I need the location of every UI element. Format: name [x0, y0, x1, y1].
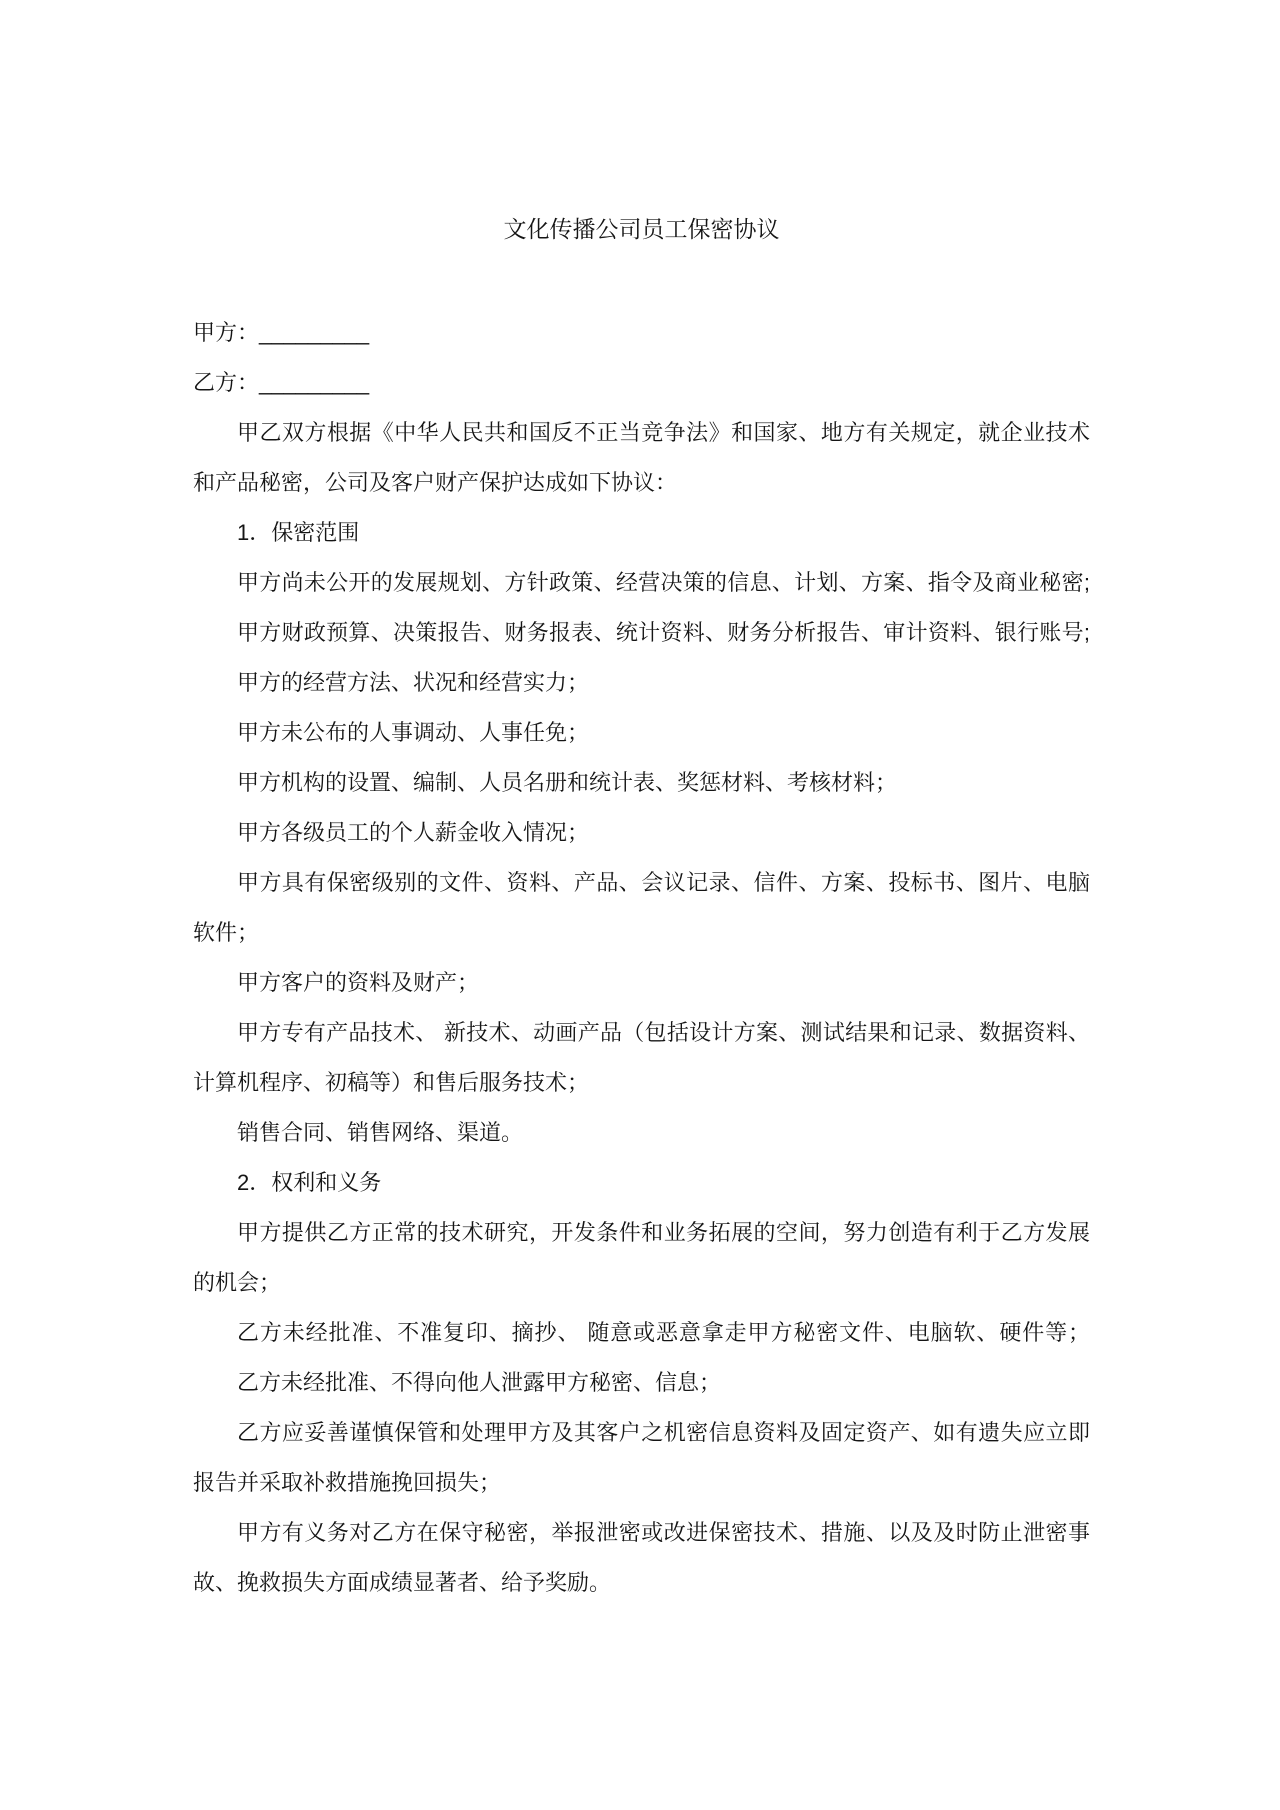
- document-line: 甲方财政预算、决策报告、财务报表、统计资料、财务分析报告、审计资料、银行账号;: [193, 608, 1090, 658]
- document-line: 甲方有义务对乙方在保守秘密，举报泄密或改进保密技术、措施、以及及时防止泄密事: [193, 1508, 1090, 1558]
- party-a-label: 甲方：: [193, 320, 259, 345]
- document-body: 甲乙双方根据《中华人民共和国反不正当竞争法》和国家、地方有关规定，就企业技术和产…: [193, 408, 1090, 1608]
- document-line: 乙方未经批准、不准复印、摘抄、 随意或恶意拿走甲方秘密文件、电脑软、硬件等；: [193, 1308, 1090, 1358]
- document-page: 文化传播公司员工保密协议 甲方：_________ 乙方：_________ 甲…: [0, 0, 1280, 1608]
- party-b-label: 乙方：: [193, 370, 259, 395]
- document-line: 故、挽救损失方面成绩显著者、给予奖励。: [193, 1558, 1090, 1608]
- document-line: 乙方应妥善谨慎保管和处理甲方及其客户之机密信息资料及固定资产、如有遗失应立即: [193, 1408, 1090, 1458]
- document-line: 计算机程序、初稿等）和售后服务技术；: [193, 1058, 1090, 1108]
- party-a-blank: _________: [259, 320, 369, 345]
- document-line: 甲方各级员工的个人薪金收入情况；: [193, 808, 1090, 858]
- document-title: 文化传播公司员工保密协议: [193, 204, 1090, 254]
- party-b-line: 乙方：_________: [193, 358, 1090, 408]
- document-line: 和产品秘密，公司及客户财产保护达成如下协议：: [193, 458, 1090, 508]
- document-line: 甲方未公布的人事调动、人事任免；: [193, 708, 1090, 758]
- document-line: 甲方尚未公开的发展规划、方针政策、经营决策的信息、计划、方案、指令及商业秘密;: [193, 558, 1090, 608]
- document-line: 甲方提供乙方正常的技术研究，开发条件和业务拓展的空间，努力创造有利于乙方发展: [193, 1208, 1090, 1258]
- document-line: 1．保密范围: [193, 508, 1090, 558]
- document-line: 销售合同、销售网络、渠道。: [193, 1108, 1090, 1158]
- document-line: 甲方客户的资料及财产；: [193, 958, 1090, 1008]
- document-line: 乙方未经批准、不得向他人泄露甲方秘密、信息；: [193, 1358, 1090, 1408]
- document-line: 的机会；: [193, 1258, 1090, 1308]
- document-line: 甲方专有产品技术、 新技术、动画产品（包括设计方案、测试结果和记录、数据资料、: [193, 1008, 1090, 1058]
- document-line: 甲方具有保密级别的文件、资料、产品、会议记录、信件、方案、投标书、图片、电脑: [193, 858, 1090, 908]
- document-line: 甲方机构的设置、编制、人员名册和统计表、奖惩材料、考核材料；: [193, 758, 1090, 808]
- party-b-blank: _________: [259, 370, 369, 395]
- document-line: 甲方的经营方法、状况和经营实力；: [193, 658, 1090, 708]
- document-line: 2．权利和义务: [193, 1158, 1090, 1208]
- party-a-line: 甲方：_________: [193, 308, 1090, 358]
- document-line: 报告并采取补救措施挽回损失；: [193, 1458, 1090, 1508]
- document-line: 甲乙双方根据《中华人民共和国反不正当竞争法》和国家、地方有关规定，就企业技术: [193, 408, 1090, 458]
- document-line: 软件；: [193, 908, 1090, 958]
